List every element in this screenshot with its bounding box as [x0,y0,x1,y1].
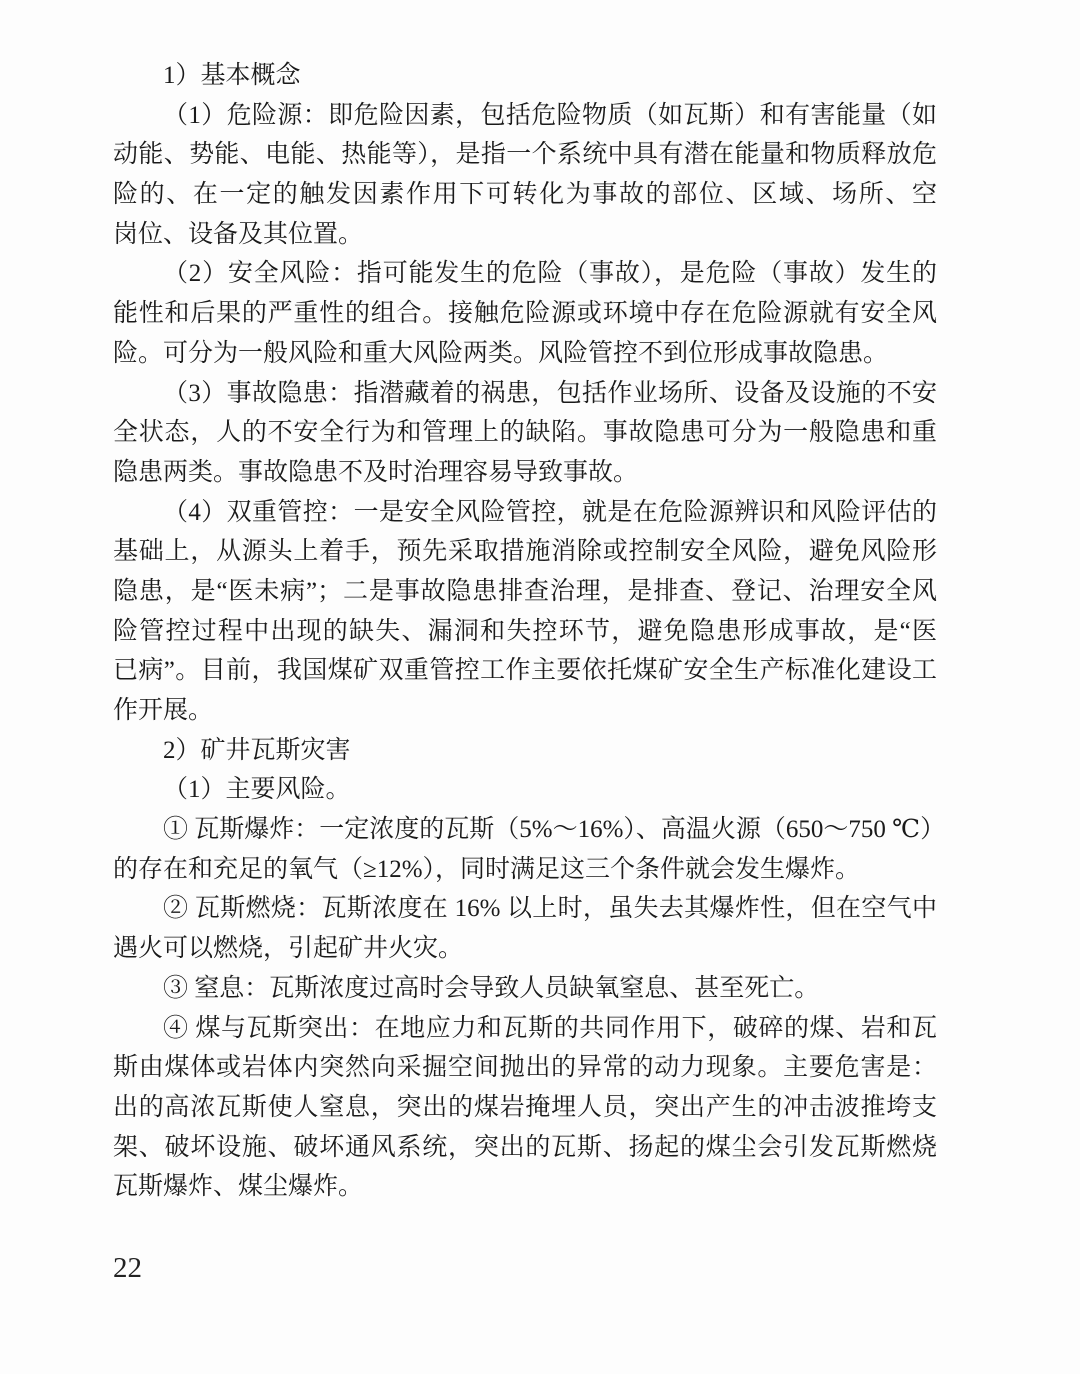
paragraph: ① 瓦斯爆炸：一定浓度的瓦斯（5%～16%）、高温火源（650～750 ℃）的存… [113,810,937,889]
text-line: ③ 窒息：瓦斯浓度过高时会导致人员缺氧窒息、甚至死亡。 [113,969,937,1009]
paragraph: ③ 窒息：瓦斯浓度过高时会导致人员缺氧窒息、甚至死亡。 [113,969,937,1009]
text-line: （1）危险源：即危险因素，包括危险物质（如瓦斯）和有害能量（如 [113,96,937,136]
text-line: 2）矿井瓦斯灾害 [113,731,937,771]
paragraph: ② 瓦斯燃烧：瓦斯浓度在 16% 以上时，虽失去其爆炸性，但在空气中遇火可以燃烧… [113,889,937,968]
paragraph: （1）主要风险。 [113,770,937,810]
text-line: 险的、在一定的触发因素作用下可转化为事故的部位、区域、场所、空间、 [113,175,937,215]
text-line: （1）主要风险。 [113,770,937,810]
paragraph: 1）基本概念 [113,56,937,96]
text-line: 隐患两类。事故隐患不及时治理容易导致事故。 [113,453,937,493]
text-line: 险管控过程中出现的缺失、漏洞和失控环节，避免隐患形成事故，是“医 [113,612,937,652]
text-line: 岗位、设备及其位置。 [113,215,937,255]
text-line: ① 瓦斯爆炸：一定浓度的瓦斯（5%～16%）、高温火源（650～750 ℃） [113,810,937,850]
text-line: ② 瓦斯燃烧：瓦斯浓度在 16% 以上时，虽失去其爆炸性，但在空气中 [113,889,937,929]
text-line: 瓦斯爆炸、煤尘爆炸。 [113,1167,937,1207]
text-line: 全状态，人的不安全行为和管理上的缺陷。事故隐患可分为一般隐患和重大 [113,413,937,453]
text-line: 遇火可以燃烧，引起矿井火灾。 [113,929,937,969]
text-line: 能性和后果的严重性的组合。接触危险源或环境中存在危险源就有安全风 [113,294,937,334]
paragraph: （3）事故隐患：指潜藏着的祸患，包括作业场所、设备及设施的不安全状态，人的不安全… [113,374,937,493]
text-line: 动能、势能、电能、热能等），是指一个系统中具有潜在能量和物质释放危 [113,135,937,175]
body-text: 1）基本概念（1）危险源：即危险因素，包括危险物质（如瓦斯）和有害能量（如动能、… [113,56,937,1207]
text-line: 架、破坏设施、破坏通风系统，突出的瓦斯、扬起的煤尘会引发瓦斯燃烧或 [113,1128,937,1168]
document-page: 1）基本概念（1）危险源：即危险因素，包括危险物质（如瓦斯）和有害能量（如动能、… [0,0,1080,1374]
text-line: （3）事故隐患：指潜藏着的祸患，包括作业场所、设备及设施的不安 [113,374,937,414]
text-line: （4）双重管控：一是安全风险管控，就是在危险源辨识和风险评估的 [113,493,937,533]
text-line: 的存在和充足的氧气（≥12%），同时满足这三个条件就会发生爆炸。 [113,850,937,890]
text-line: 隐患，是“医未病”；二是事故隐患排查治理，是排查、登记、治理安全风 [113,572,937,612]
text-line: （2）安全风险：指可能发生的危险（事故），是危险（事故）发生的可 [113,254,937,294]
paragraph: 2）矿井瓦斯灾害 [113,731,937,771]
text-line: 1）基本概念 [113,56,937,96]
text-line: 出的高浓瓦斯使人窒息，突出的煤岩掩埋人员，突出产生的冲击波推垮支 [113,1088,937,1128]
text-line: 斯由煤体或岩体内突然向采掘空间抛出的异常的动力现象。主要危害是：突 [113,1048,937,1088]
paragraph: （4）双重管控：一是安全风险管控，就是在危险源辨识和风险评估的基础上，从源头上着… [113,493,937,731]
text-line: 险。可分为一般风险和重大风险两类。风险管控不到位形成事故隐患。 [113,334,937,374]
page-number: 22 [113,1252,142,1285]
paragraph: ④ 煤与瓦斯突出：在地应力和瓦斯的共同作用下，破碎的煤、岩和瓦斯由煤体或岩体内突… [113,1009,937,1207]
text-line: 已病”。目前，我国煤矿双重管控工作主要依托煤矿安全生产标准化建设工 [113,651,937,691]
paragraph: （2）安全风险：指可能发生的危险（事故），是危险（事故）发生的可能性和后果的严重… [113,254,937,373]
text-line: 基础上，从源头上着手，预先采取措施消除或控制安全风险，避免风险形成 [113,532,937,572]
paragraph: （1）危险源：即危险因素，包括危险物质（如瓦斯）和有害能量（如动能、势能、电能、… [113,96,937,255]
text-line: ④ 煤与瓦斯突出：在地应力和瓦斯的共同作用下，破碎的煤、岩和瓦 [113,1009,937,1049]
text-line: 作开展。 [113,691,937,731]
